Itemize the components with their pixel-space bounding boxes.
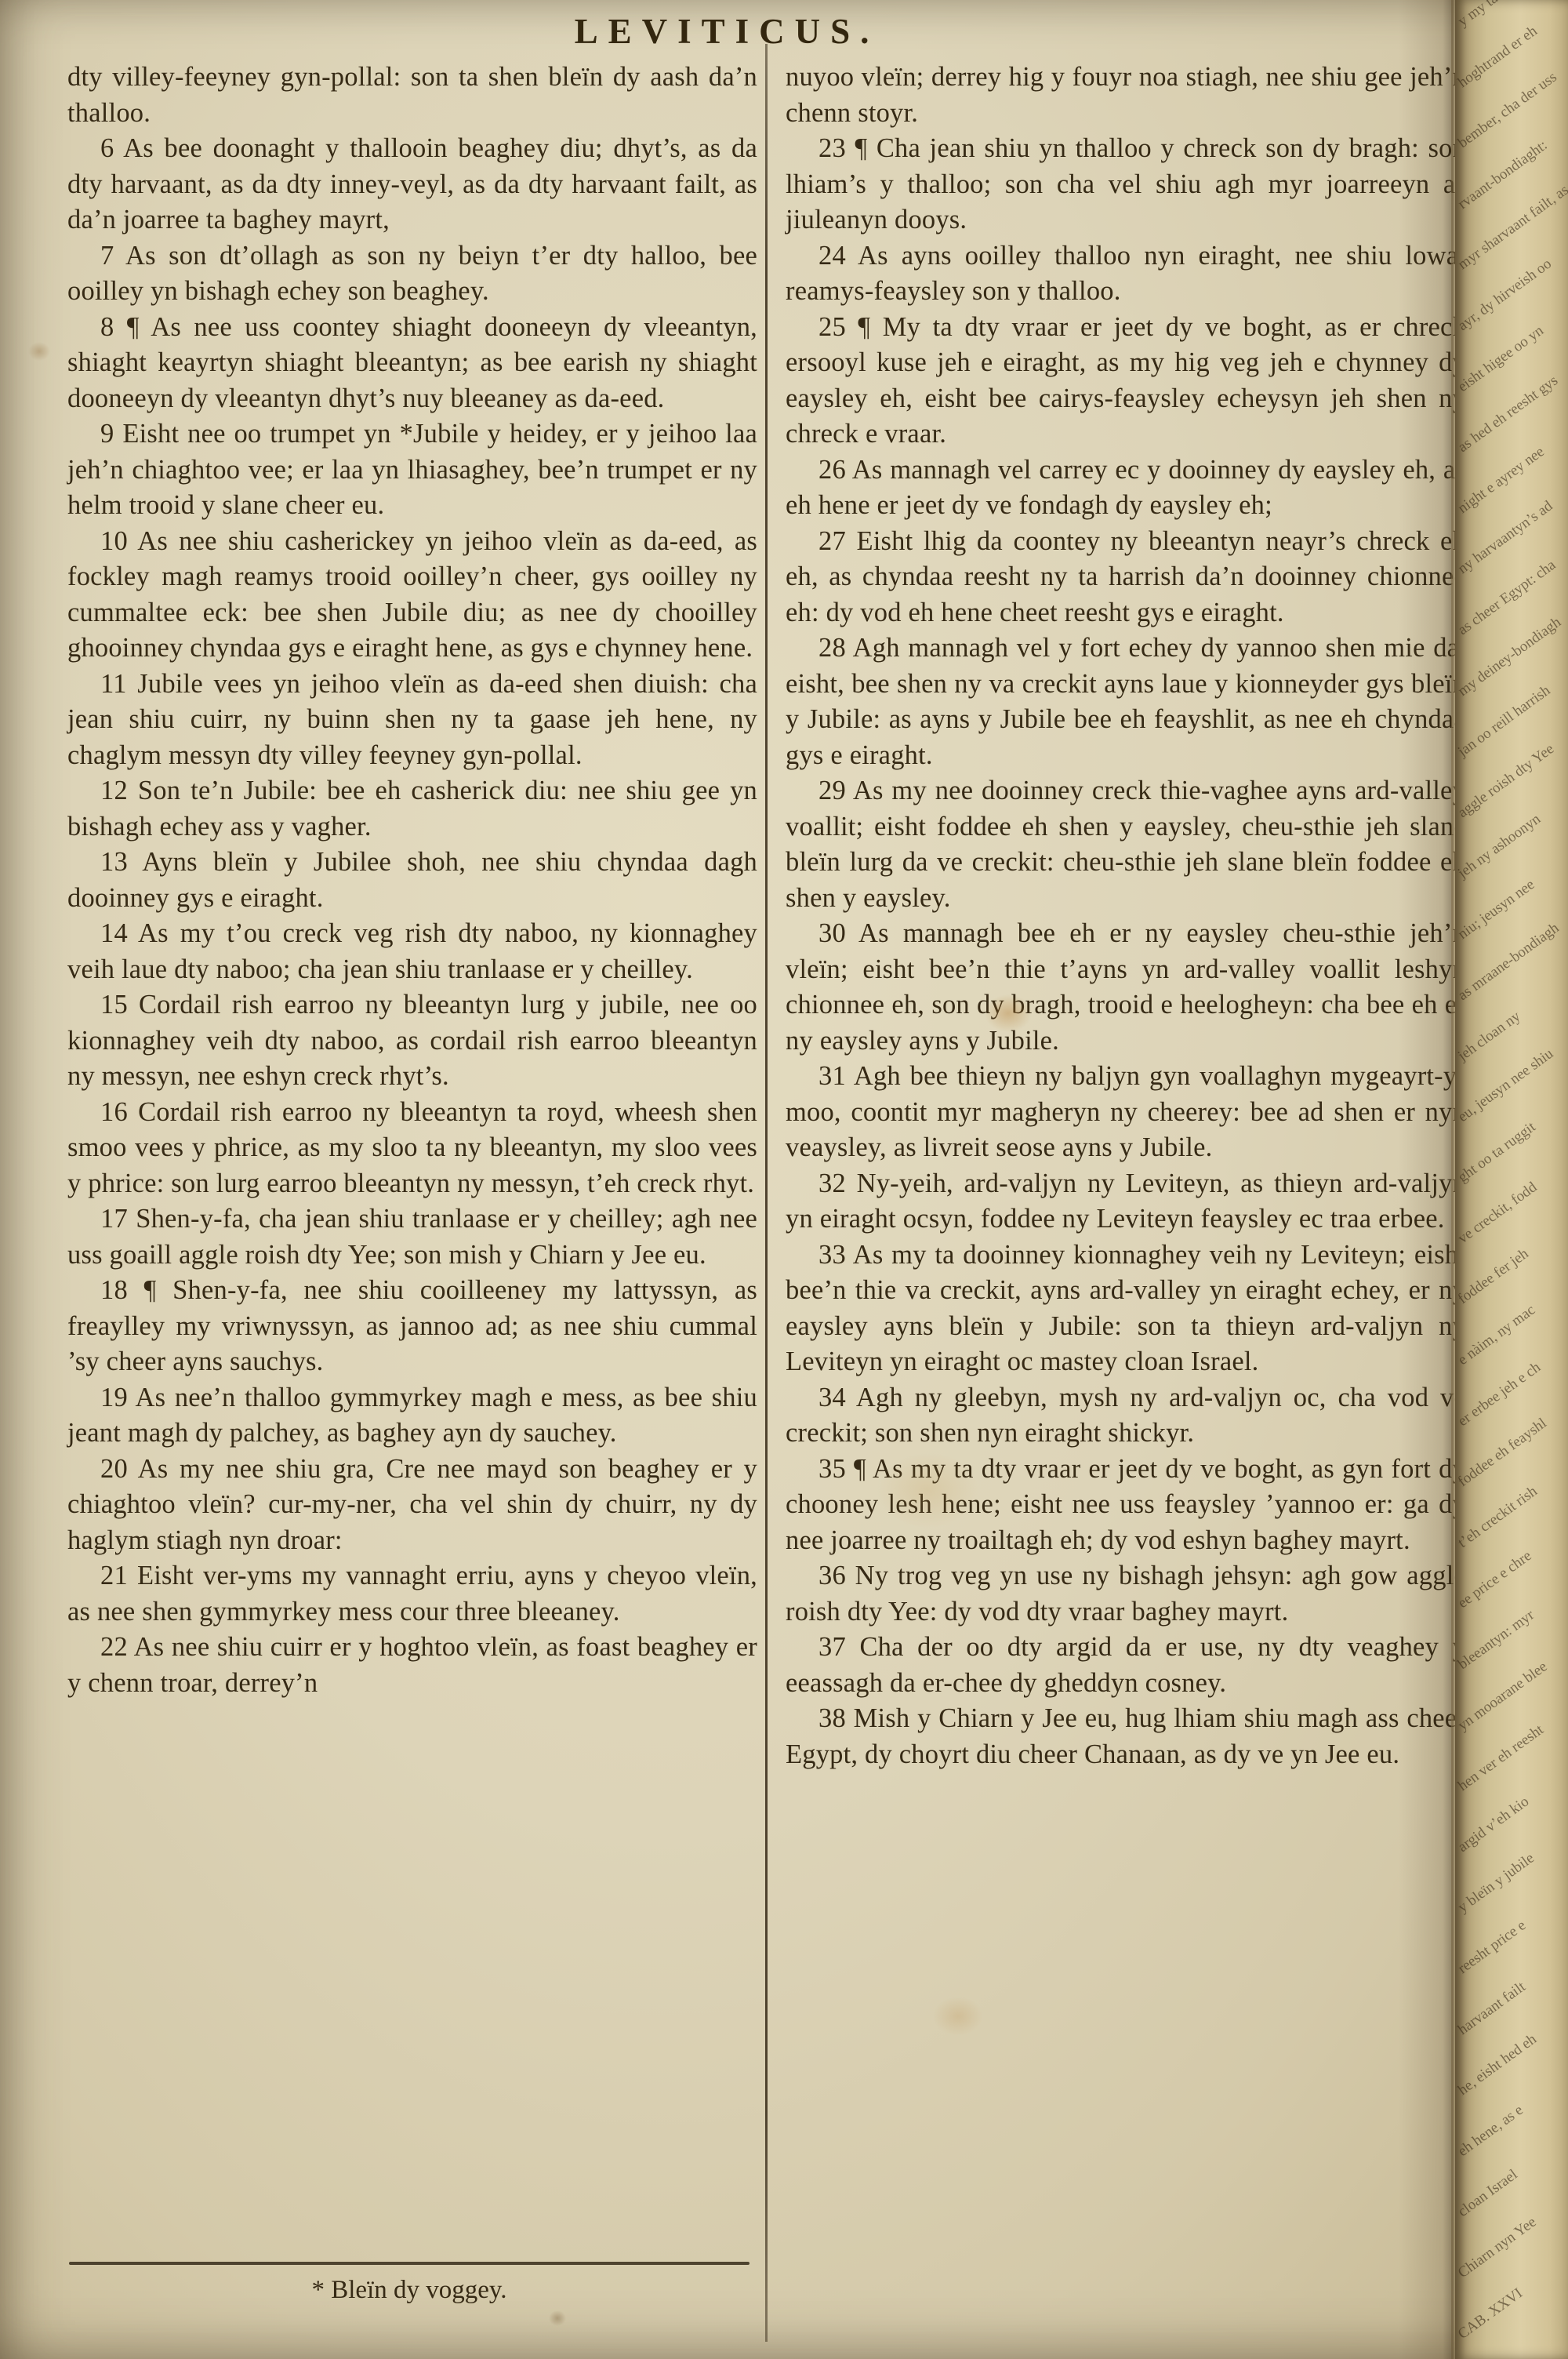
verse-paragraph: 12 Son te’n Jubile: bee eh casherick diu…	[67, 773, 757, 845]
verse-text: Shen-y-fa, nee shiu cooilleeney my latty…	[67, 1275, 757, 1376]
verse-number: 17	[100, 1204, 128, 1234]
verse-number: 31	[818, 1061, 846, 1091]
paper-stain	[933, 1997, 983, 2036]
verse-number: 32	[818, 1169, 846, 1198]
verse-paragraph: 17 Shen-y-fa, cha jean shiu tranlaase er…	[67, 1201, 757, 1273]
verse-text: As nee uss coontey shiaght dooneeyn dy v…	[67, 312, 757, 413]
verse-paragraph: 20 As my nee shiu gra, Cre nee mayd son …	[67, 1452, 757, 1559]
verse-number: 23 ¶	[818, 133, 867, 163]
verse-text: Eisht nee oo trumpet yn *Jubile y heidey…	[67, 419, 757, 520]
verse-paragraph: 37 Cha der oo dty argid da er use, ny dt…	[786, 1630, 1466, 1701]
verse-paragraph: 18 ¶ Shen-y-fa, nee shiu cooilleeney my …	[67, 1273, 757, 1380]
left-text-column: dty villey-feeyney gyn-pollal: son ta sh…	[67, 60, 757, 1701]
verse-paragraph: 27 Eisht lhig da coontey ny bleeantyn ne…	[786, 524, 1466, 631]
verse-text: As son dt’ollagh as son ny beiyn t’er dt…	[67, 241, 757, 307]
verse-paragraph: 31 Agh bee thieyn ny baljyn gyn voallagh…	[786, 1059, 1466, 1166]
verse-text: Eisht lhig da coontey ny bleeantyn neayr…	[786, 526, 1466, 627]
verse-number: 27	[818, 526, 846, 556]
verse-text: As ayns ooilley thalloo nyn eiraght, nee…	[786, 241, 1466, 307]
verse-paragraph: 22 As nee shiu cuirr er y hoghtoo vleïn,…	[67, 1630, 757, 1701]
verse-paragraph: 16 Cordail rish earroo ny bleeantyn ta r…	[67, 1095, 757, 1202]
verse-number: 22	[100, 1632, 128, 1662]
verse-paragraph: 38 Mish y Chiarn y Jee eu, hug lhiam shi…	[786, 1701, 1466, 1772]
right-text-column: nuyoo vleïn; derrey hig y fouyr noa stia…	[786, 60, 1466, 1772]
verse-text: Jubile vees yn jeihoo vleïn as da-eed sh…	[67, 669, 757, 770]
verse-number: 21	[100, 1561, 128, 1590]
verse-text: As nee’n thalloo gymmyrkey magh e mess, …	[67, 1383, 757, 1448]
verse-text: As my nee dooinney creck thie-vaghee ayn…	[786, 776, 1466, 913]
verse-text: Mish y Chiarn y Jee eu, hug lhiam shiu m…	[786, 1703, 1466, 1769]
verse-number: 33	[818, 1240, 846, 1270]
verse-text: Ny trog veg yn use ny bishagh jehsyn: ag…	[786, 1561, 1466, 1627]
footnote-text: * Bleïn dy voggey.	[69, 2276, 750, 2305]
verse-paragraph: 21 Eisht ver-yms my vannaght erriu, ayns…	[67, 1558, 757, 1630]
verse-text: Shen-y-fa, cha jean shiu tranlaase er y …	[67, 1204, 757, 1270]
verse-number: 34	[818, 1383, 846, 1412]
verse-text: As bee doonaght y thallooin beaghey diu;…	[67, 133, 757, 234]
verse-paragraph: 25 ¶ My ta dty vraar er jeet dy ve boght…	[786, 310, 1466, 453]
verse-paragraph: 30 As mannagh bee eh er ny eaysley cheu-…	[786, 916, 1466, 1059]
verse-text: Cordail rish earroo ny bleeantyn lurg y …	[67, 990, 757, 1091]
verse-text: Agh ny gleebyn, mysh ny ard-valjyn oc, c…	[786, 1383, 1466, 1448]
verse-number: 36	[818, 1561, 846, 1590]
verse-number: 20	[100, 1454, 128, 1484]
verse-number: 8 ¶	[100, 312, 140, 342]
verse-number: 6	[100, 133, 114, 163]
page-title: LEVITICUS.	[0, 11, 1454, 52]
verse-text: As nee shiu casherickey yn jeihoo vleïn …	[67, 526, 757, 663]
column-divider-rule	[765, 44, 768, 2342]
verse-number: 35 ¶	[818, 1454, 866, 1484]
footnote-rule	[69, 2262, 750, 2265]
verse-number: 10	[100, 526, 128, 556]
verse-text: Agh mannagh vel y fort echey dy yannoo s…	[786, 633, 1466, 770]
verse-number: 9	[100, 419, 114, 449]
verse-number: 13	[100, 847, 128, 877]
verse-paragraph: 19 As nee’n thalloo gymmyrkey magh e mes…	[67, 1380, 757, 1452]
verse-paragraph: 28 Agh mannagh vel y fort echey dy yanno…	[786, 631, 1466, 773]
verse-paragraph: 34 Agh ny gleebyn, mysh ny ard-valjyn oc…	[786, 1380, 1466, 1452]
verse-number: 16	[100, 1097, 128, 1127]
verse-paragraph: 26 As mannagh vel carrey ec y dooinney d…	[786, 453, 1466, 524]
verse-paragraph: 14 As my t’ou creck veg rish dty naboo, …	[67, 916, 757, 987]
verse-number: 12	[100, 776, 128, 805]
verse-text: Ny-yeih, ard-valjyn ny Leviteyn, as thie…	[786, 1169, 1466, 1234]
right-verse-list: 23 ¶ Cha jean shiu yn thalloo y chreck s…	[786, 131, 1466, 1772]
verse-paragraph: 32 Ny-yeih, ard-valjyn ny Leviteyn, as t…	[786, 1166, 1466, 1238]
verse-number: 11	[100, 669, 127, 699]
verse-number: 29	[818, 776, 846, 805]
verse-number: 28	[818, 633, 846, 663]
verse-text: As mannagh bee eh er ny eaysley cheu-sth…	[786, 918, 1466, 1056]
verse-paragraph: 29 As my nee dooinney creck thie-vaghee …	[786, 773, 1466, 916]
verse-paragraph: 7 As son dt’ollagh as son ny beiyn t’er …	[67, 238, 757, 310]
verse-paragraph: 9 Eisht nee oo trumpet yn *Jubile y heid…	[67, 416, 757, 524]
facing-page-edge: y my ta a hoghtrand er eh bember, cha de…	[1455, 0, 1568, 2359]
verse-number: 30	[818, 918, 846, 948]
verse-text: Cha der oo dty argid da er use, ny dty v…	[786, 1632, 1466, 1698]
continuation-paragraph: nuyoo vleïn; derrey hig y fouyr noa stia…	[786, 60, 1466, 131]
verse-paragraph: 23 ¶ Cha jean shiu yn thalloo y chreck s…	[786, 131, 1466, 238]
verse-paragraph: 35 ¶ As my ta dty vraar er jeet dy ve bo…	[786, 1452, 1466, 1559]
verse-paragraph: 8 ¶ As nee uss coontey shiaght dooneeyn …	[67, 310, 757, 417]
verse-paragraph: 10 As nee shiu casherickey yn jeihoo vle…	[67, 524, 757, 667]
verse-text: As my t’ou creck veg rish dty naboo, ny …	[67, 918, 757, 984]
verse-text: Son te’n Jubile: bee eh casherick diu: n…	[67, 776, 757, 841]
verse-text: Eisht ver-yms my vannaght erriu, ayns y …	[67, 1561, 757, 1627]
verse-number: 15	[100, 990, 128, 1020]
scanned-book-page: LEVITICUS. dty villey-feeyney gyn-pollal…	[0, 0, 1568, 2359]
verse-paragraph: 15 Cordail rish earroo ny bleeantyn lurg…	[67, 987, 757, 1095]
verse-number: 14	[100, 918, 128, 948]
paper-stain	[549, 2310, 566, 2326]
verse-text: Agh bee thieyn ny baljyn gyn voallaghyn …	[786, 1061, 1466, 1162]
verse-number: 26	[818, 455, 846, 485]
verse-number: 38	[818, 1703, 846, 1733]
verse-text: As nee shiu cuirr er y hoghtoo vleïn, as…	[67, 1632, 757, 1698]
verse-text: As my ta dty vraar er jeet dy ve boght, …	[786, 1454, 1466, 1555]
verse-number: 25 ¶	[818, 312, 870, 342]
verse-text: Cordail rish earroo ny bleeantyn ta royd…	[67, 1097, 757, 1198]
verse-number: 24	[818, 241, 846, 271]
verse-paragraph: 6 As bee doonaght y thallooin beaghey di…	[67, 131, 757, 238]
verse-paragraph: 11 Jubile vees yn jeihoo vleïn as da-eed…	[67, 667, 757, 774]
verse-text: Cha jean shiu yn thalloo y chreck son dy…	[786, 133, 1466, 234]
verse-text: Ayns bleïn y Jubilee shoh, nee shiu chyn…	[67, 847, 757, 913]
verse-paragraph: 33 As my ta dooinney kionnaghey veih ny …	[786, 1238, 1466, 1380]
verse-number: 19	[100, 1383, 128, 1412]
verse-text: As mannagh vel carrey ec y dooinney dy e…	[786, 455, 1466, 521]
continuation-paragraph: dty villey-feeyney gyn-pollal: son ta sh…	[67, 60, 757, 131]
verse-paragraph: 24 As ayns ooilley thalloo nyn eiraght, …	[786, 238, 1466, 310]
verse-number: 37	[818, 1632, 846, 1662]
verse-paragraph: 13 Ayns bleïn y Jubilee shoh, nee shiu c…	[67, 845, 757, 916]
verse-text: As my ta dooinney kionnaghey veih ny Lev…	[786, 1240, 1466, 1377]
verse-number: 7	[100, 241, 114, 271]
verse-paragraph: 36 Ny trog veg yn use ny bishagh jehsyn:…	[786, 1558, 1466, 1630]
left-verse-list: 6 As bee doonaght y thallooin beaghey di…	[67, 131, 757, 1701]
paper-stain	[28, 342, 50, 361]
verse-text: My ta dty vraar er jeet dy ve boght, as …	[786, 312, 1466, 449]
verse-text: As my nee shiu gra, Cre nee mayd son bea…	[67, 1454, 757, 1555]
verse-number: 18 ¶	[100, 1275, 156, 1305]
